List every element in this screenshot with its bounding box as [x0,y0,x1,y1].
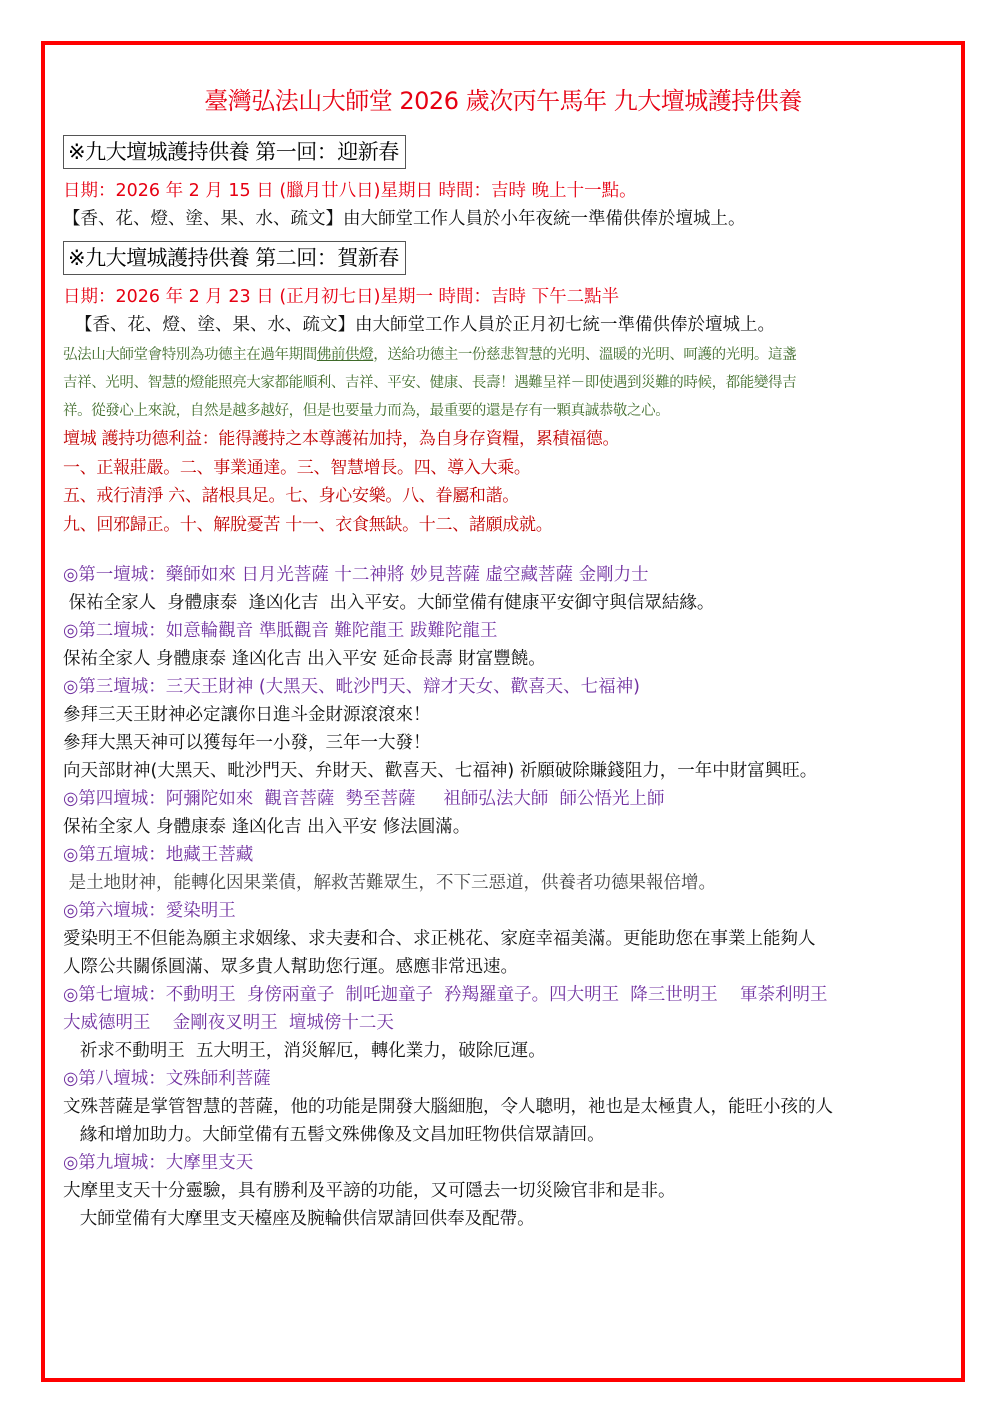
benefits-line: 一、正報莊嚴。二、事業通達。三、智慧增長。四、導入大乘。 [63,454,948,483]
altar-description: 大摩里支天十分靈驗，具有勝利及平謗的功能，又可隱去一切災險官非和是非。 [63,1177,948,1205]
benefits-line: 五、戒行清淨 六、諸根具足。七、身心安樂。八、眷屬和諧。 [63,482,948,511]
altar-description: 大師堂備有大摩里支天檯座及腕輪供信眾請回供奉及配帶。 [63,1205,948,1233]
intro-underlined-lamp-offering: 佛前供燈 [317,347,373,363]
session-1-heading: ※九大壇城護持供養 第一回：迎新春 [63,135,406,169]
session-2-heading: ※九大壇城護持供養 第二回：賀新春 [63,241,406,275]
altar-list: ◎第一壇城：藥師如來 日月光菩薩 十二神將 妙見菩薩 虛空藏菩薩 金剛力士 保祐… [63,561,948,1233]
lamp-offering-intro: 弘法山大師堂會特別為功德主在過年期間佛前供燈，送給功德主一份慈悲智慧的光明、溫暖… [63,341,948,425]
altar-description: 向天部財神(大黑天、毗沙門天、弁財天、歡喜天、七福神) 祈願破除賺錢阻力，一年中… [63,757,948,785]
session-1-offering: 【香、花、燈、塗、果、水、疏文】由大師堂工作人員於小年夜統一準備供俸於壇城上。 [63,205,948,233]
altar-description: 參拜三天王財神必定讓你日進斗金財源滾滾來！ [63,701,948,729]
altar-description: 人際公共關係圓滿、眾多貴人幫助您行運。感應非常迅速。 [63,953,948,981]
altar-description: 參拜大黑天神可以獲每年一小發，三年一大發！ [63,729,948,757]
altar-8: ◎第八壇城：文殊師利菩薩 文殊菩薩是掌管智慧的菩薩，他的功能是開發大腦細胞，令人… [63,1065,948,1149]
session-1: ※九大壇城護持供養 第一回：迎新春 日期：2026 年 2 月 15 日 (臘月… [63,135,948,233]
altar-heading: ◎第二壇城：如意輪觀音 準胝觀音 難陀龍王 跋難陀龍王 [63,617,948,645]
altar-heading: ◎第一壇城：藥師如來 日月光菩薩 十二神將 妙見菩薩 虛空藏菩薩 金剛力士 [63,561,948,589]
document-title: 臺灣弘法山大師堂 2026 歲次丙午馬年 九大壇城護持供養 [45,81,961,116]
altar-description: 保祐全家人 身體康泰 逢凶化吉 出入平安 延命長壽 財富豐饒。 [63,645,948,673]
altar-description: 祈求不動明王 五大明王，消災解厄，轉化業力，破除厄運。 [63,1037,948,1065]
document-content: ※九大壇城護持供養 第一回：迎新春 日期：2026 年 2 月 15 日 (臘月… [63,135,948,1233]
altar-heading: ◎第五壇城：地藏王菩藏 [63,841,948,869]
altar-heading: ◎第八壇城：文殊師利菩薩 [63,1065,948,1093]
altar-heading: ◎第七壇城：不動明王 身傍兩童子 制吒迦童子 矜羯羅童子。四大明王 降三世明王 … [63,981,948,1009]
altar-6: ◎第六壇城：愛染明王 愛染明王不但能為願主求姻缘、求夫妻和合、求正桃花、家庭幸福… [63,897,948,981]
altar-description: 緣和增加助力。大師堂備有五髻文殊佛像及文昌加旺物供信眾請回。 [63,1121,948,1149]
altar-heading-continued: 大威德明王 金剛夜叉明王 壇城傍十二天 [63,1009,948,1037]
altar-description: 保祐全家人 身體康泰 逢凶化吉 出入平安 修法圓滿。 [63,813,948,841]
altar-7: ◎第七壇城：不動明王 身傍兩童子 制吒迦童子 矜羯羅童子。四大明王 降三世明王 … [63,981,948,1065]
altar-description: 保祐全家人 身體康泰 逢凶化吉 出入平安。大師堂備有健康平安御守與信眾結緣。 [63,589,948,617]
session-2: ※九大壇城護持供養 第二回：賀新春 日期：2026 年 2 月 23 日 (正月… [63,241,948,339]
session-2-date: 日期：2026 年 2 月 23 日 (正月初七日)星期一 時間：吉時 下午二點… [63,283,948,311]
intro-line-2: 吉祥、光明、智慧的燈能照亮大家都能順利、吉祥、平安、健康、長壽！遇難呈祥－即使遇… [63,369,948,397]
intro-line-3: 祥。從發心上來說，自然是越多越好，但是也要量力而為，最重要的還是存有一顆真誠恭敬… [63,397,948,425]
session-2-offering: 【香、花、燈、塗、果、水、疏文】由大師堂工作人員於正月初七統一準備供俸於壇城上。 [63,311,948,339]
session-1-date: 日期：2026 年 2 月 15 日 (臘月廿八日)星期日 時間：吉時 晚上十一… [63,177,948,205]
altar-heading: ◎第六壇城：愛染明王 [63,897,948,925]
merit-benefits: 壇城 護持功德利益：能得護持之本尊護祐加持，為自身存資糧，累積福德。 一、正報莊… [63,425,948,539]
altar-description: 愛染明王不但能為願主求姻缘、求夫妻和合、求正桃花、家庭幸福美滿。更能助您在事業上… [63,925,948,953]
altar-3: ◎第三壇城：三天王財神 (大黑天、毗沙門天、辯才天女、歡喜天、七福神) 參拜三天… [63,673,948,785]
altar-9: ◎第九壇城：大摩里支天 大摩里支天十分靈驗，具有勝利及平謗的功能，又可隱去一切災… [63,1149,948,1233]
altar-heading: ◎第三壇城：三天王財神 (大黑天、毗沙門天、辯才天女、歡喜天、七福神) [63,673,948,701]
benefits-line: 九、回邪歸正。十、解脫憂苦 十一、衣食無缺。十二、諸願成就。 [63,511,948,540]
altar-heading: ◎第四壇城：阿彌陀如來 觀音菩薩 勢至菩薩 祖師弘法大師 師公悟光上師 [63,785,948,813]
spacer [63,539,948,561]
altar-heading: ◎第九壇城：大摩里支天 [63,1149,948,1177]
altar-description: 文殊菩薩是掌管智慧的菩薩，他的功能是開發大腦細胞，令人聰明，祂也是太極貴人，能旺… [63,1093,948,1121]
altar-5: ◎第五壇城：地藏王菩藏 是土地財神，能轉化因果業債，解救苦難眾生，不下三惡道，供… [63,841,948,897]
intro-text-part1: 弘法山大師堂會特別為功德主在過年期間 [63,347,317,363]
benefits-heading: 壇城 護持功德利益：能得護持之本尊護祐加持，為自身存資糧，累積福德。 [63,425,948,454]
altar-description: 是土地財神，能轉化因果業債，解救苦難眾生，不下三惡道，供養者功德果報倍增。 [63,869,948,897]
altar-4: ◎第四壇城：阿彌陀如來 觀音菩薩 勢至菩薩 祖師弘法大師 師公悟光上師 保祐全家… [63,785,948,841]
altar-1: ◎第一壇城：藥師如來 日月光菩薩 十二神將 妙見菩薩 虛空藏菩薩 金剛力士 保祐… [63,561,948,617]
red-page-border: 臺灣弘法山大師堂 2026 歲次丙午馬年 九大壇城護持供養 ※九大壇城護持供養 … [41,41,965,1382]
intro-text-part2: ，送給功德主一份慈悲智慧的光明、溫暖的光明、呵護的光明。這盞 [373,347,796,363]
altar-2: ◎第二壇城：如意輪觀音 準胝觀音 難陀龍王 跋難陀龍王 保祐全家人 身體康泰 逢… [63,617,948,673]
